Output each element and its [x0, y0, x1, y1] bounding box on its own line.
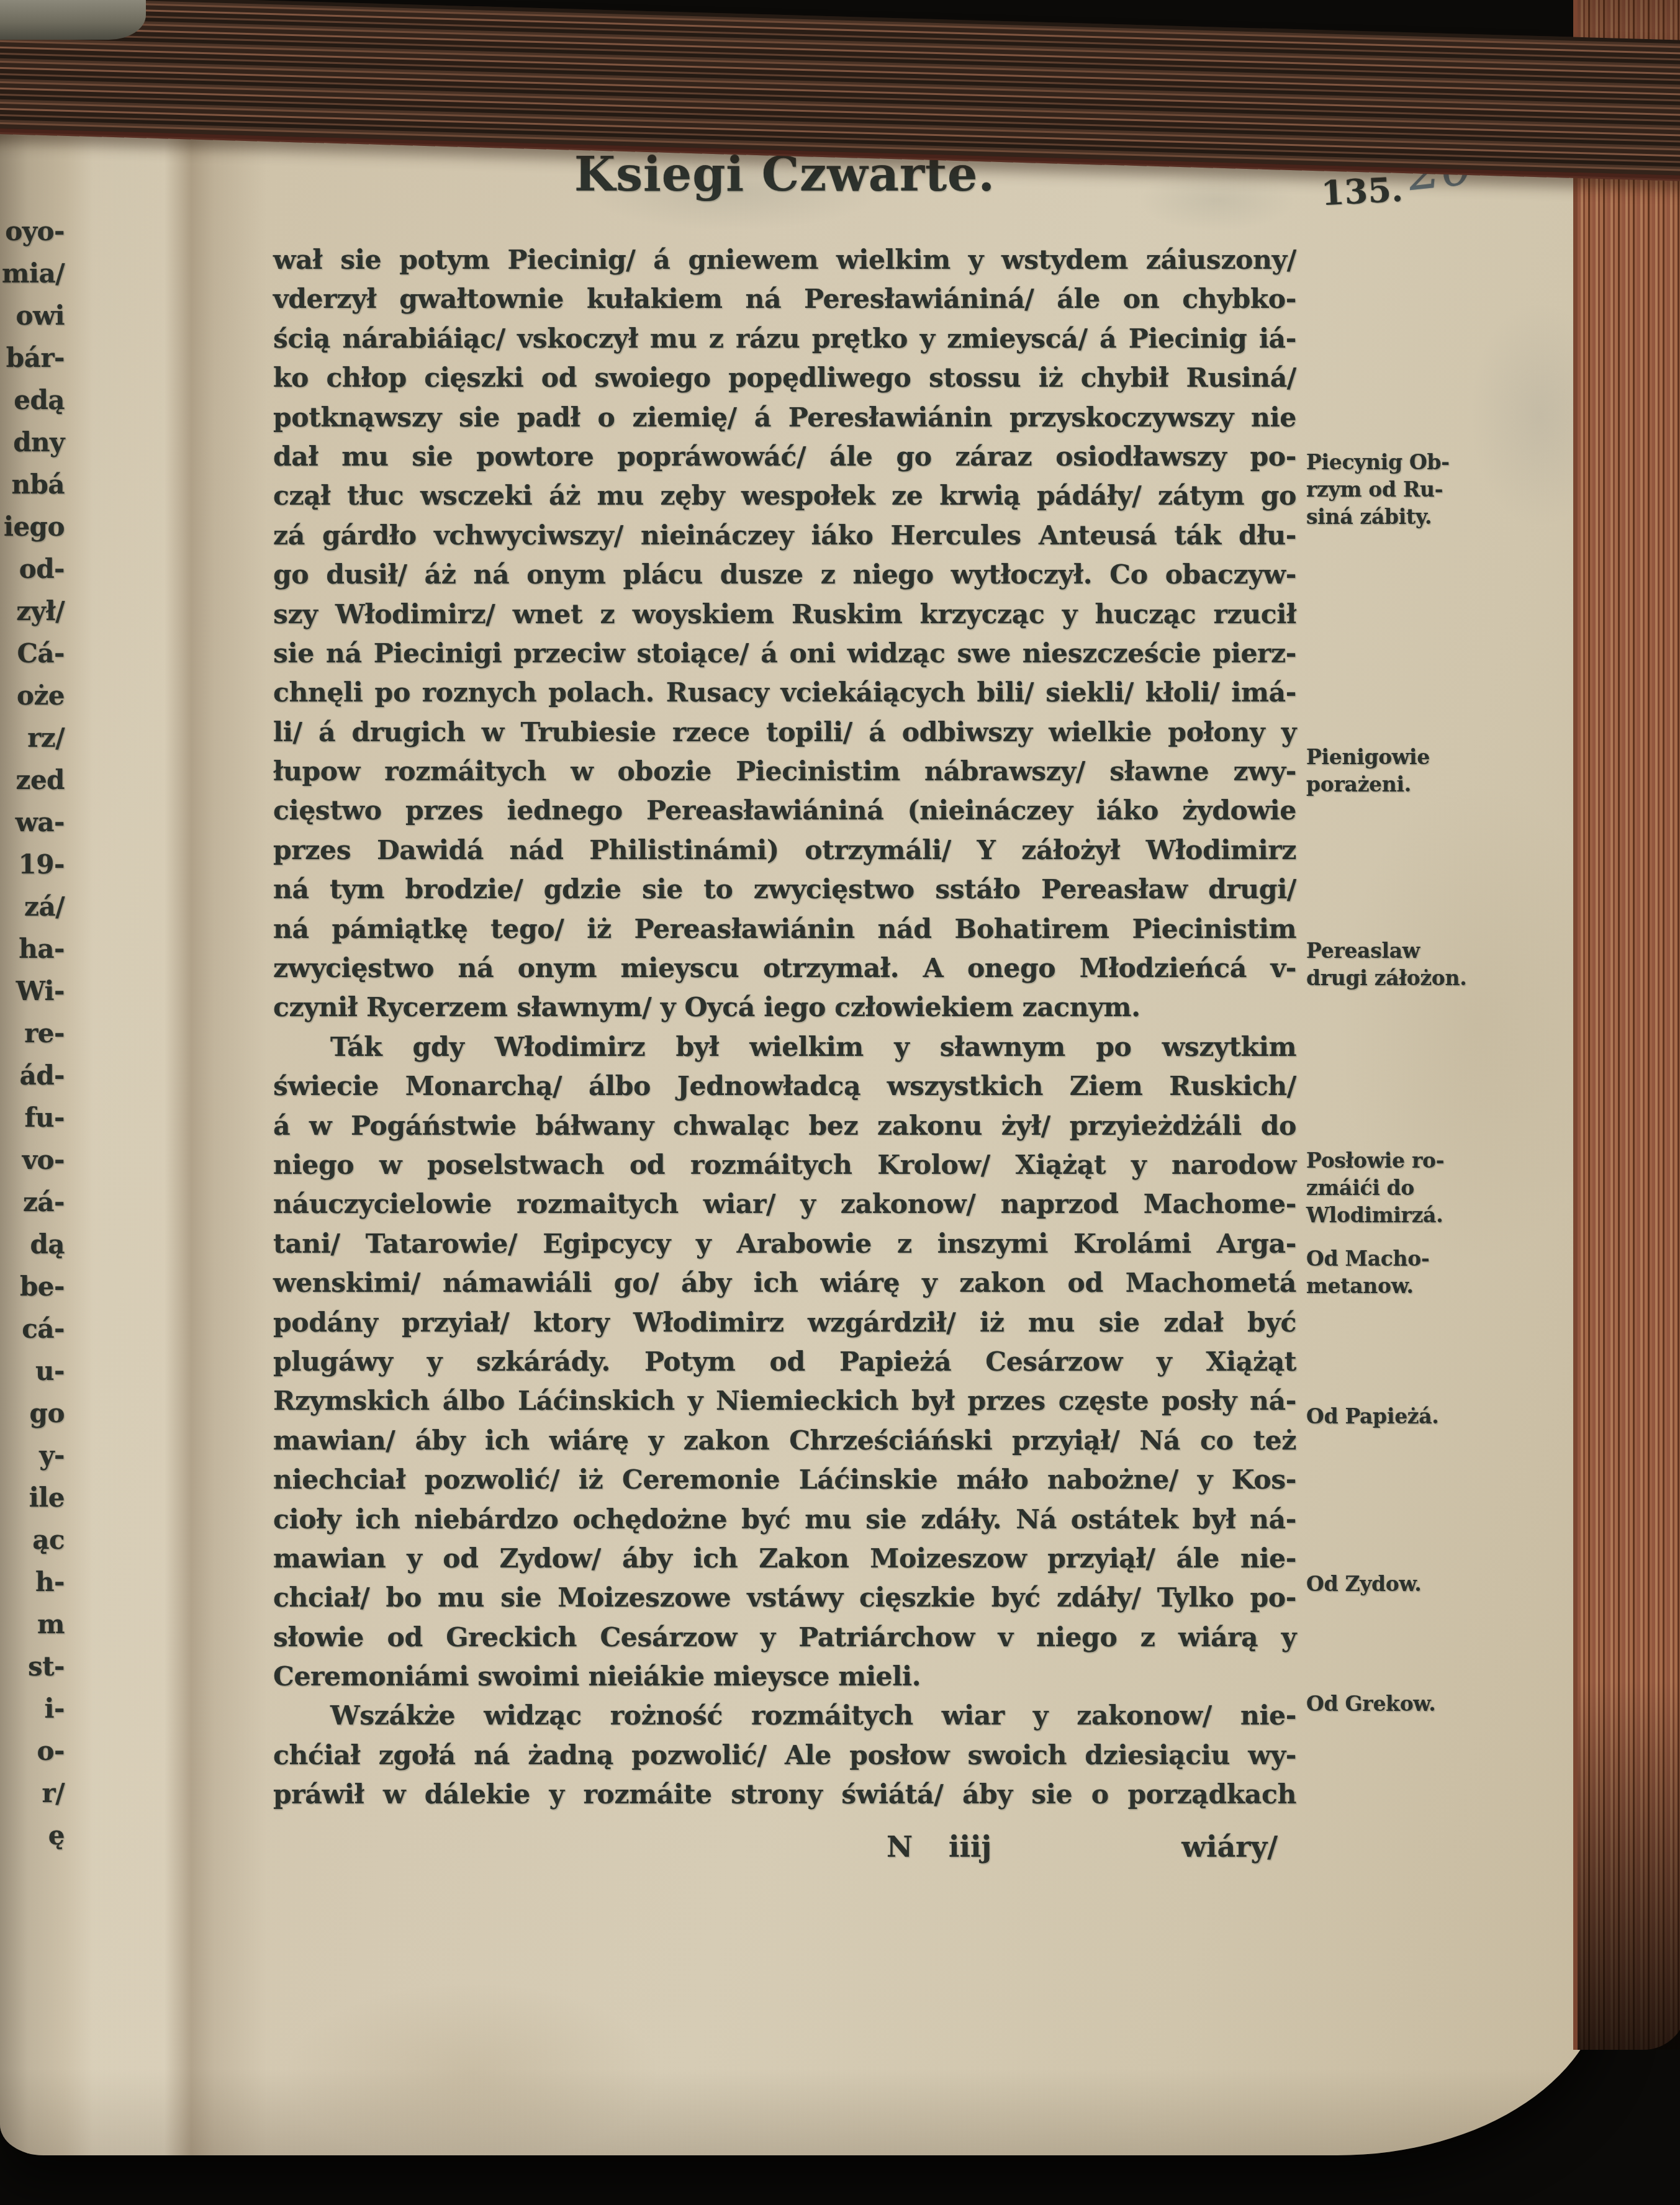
text-line: chćiał zgołá ná żadną pozwolić/ Ale posł…: [273, 1736, 1296, 1775]
edge-text-fragment: o-: [0, 1736, 65, 1766]
margin-note-line: Wlodimirzá.: [1306, 1202, 1530, 1229]
text-line: czął tłuc wsczeki áż mu zęby wespołek ze…: [273, 477, 1296, 516]
text-line: Ceremoniámi swoimi nieiákie mieysce miel…: [273, 1657, 1296, 1697]
margin-note: Od Grekow.: [1306, 1690, 1530, 1718]
text-line: zá gárdło vchwyciwszy/ nieináczey iáko H…: [273, 516, 1296, 556]
margin-note-line: zmáići do: [1306, 1175, 1530, 1202]
edge-text-fragment: re-: [0, 1018, 65, 1048]
edge-text-fragment: zed: [0, 765, 65, 795]
margin-note: Piecynig Ob-rzym od Ru-siná zábity.: [1306, 449, 1530, 531]
book-headband: [0, 0, 146, 40]
text-line: ko chłop cięszki od swoiego popędliwego …: [273, 359, 1296, 398]
text-line: dał mu sie powtore popráwowáć/ ále go zá…: [273, 438, 1296, 477]
edge-text-fragment: cá-: [0, 1314, 65, 1344]
edge-text-fragment: y-: [0, 1440, 65, 1471]
edge-text-fragment: ha-: [0, 934, 65, 964]
text-line: náuczycielowie rozmaitych wiar/ y zakono…: [273, 1185, 1296, 1224]
text-block: wał sie potym Piecinig/ á gniewem wielki…: [273, 241, 1296, 1815]
text-line: chnęli po roznych polach. Rusacy vciekái…: [273, 674, 1296, 713]
edge-text-fragment: od-: [0, 554, 65, 584]
margin-note: Posłowie ro-zmáići doWlodimirzá.: [1306, 1147, 1530, 1229]
margin-note-line: Piecynig Ob-: [1306, 449, 1530, 476]
text-line: czynił Rycerzem sławnym/ y Oycá iego czł…: [273, 988, 1296, 1027]
edge-text-fragment: vo-: [0, 1145, 65, 1175]
edge-text-fragment: 19-: [0, 849, 65, 880]
edge-text-fragment: ile: [0, 1482, 65, 1513]
margin-note-line: drugi záłożon.: [1306, 965, 1530, 992]
margin-note-line: rzym od Ru-: [1306, 476, 1530, 503]
margin-note: Pereaslawdrugi záłożon.: [1306, 937, 1530, 992]
edge-text-fragment: Cá-: [0, 638, 65, 669]
text-line: zwycięstwo ná onym mieyscu otrzymał. A o…: [273, 949, 1296, 988]
signature-mark: N iiij: [887, 1830, 991, 1864]
text-line: Wszákże widząc rożność rozmáitych wiar y…: [273, 1697, 1296, 1736]
margin-note: Od Papieżá.: [1306, 1403, 1530, 1430]
text-line: wał sie potym Piecinig/ á gniewem wielki…: [273, 241, 1296, 280]
margin-note-line: siná zábity.: [1306, 503, 1530, 531]
book-page: oyo-mia/owibár-edądnynbáiegood-zył/Cá-oż…: [0, 92, 1604, 2155]
text-line: niego w poselstwach od rozmáitych Krolow…: [273, 1146, 1296, 1185]
text-line: ná tym brodzie/ gdzie sie to zwycięstwo …: [273, 870, 1296, 909]
text-line: łupow rozmáitych w obozie Piecinistim ná…: [273, 752, 1296, 791]
edge-text-fragment: m: [0, 1609, 65, 1639]
text-line: go dusił/ áż ná onym plácu dusze z niego…: [273, 556, 1296, 595]
book-scan: oyo-mia/owibár-edądnynbáiegood-zył/Cá-oż…: [0, 0, 1680, 2205]
edge-text-fragment: zá-: [0, 1187, 65, 1217]
margin-note-line: porażeni.: [1306, 771, 1530, 798]
margin-note-line: metanow.: [1306, 1273, 1530, 1300]
text-line: vderzył gwałtownie kułakiem ná Peresławi…: [273, 280, 1296, 319]
text-line: sie ná Piecinigi przeciw stoiące/ á oni …: [273, 634, 1296, 674]
catchword: wiáry/: [1181, 1830, 1278, 1864]
margin-note-line: Od Papieżá.: [1306, 1403, 1530, 1430]
text-line: potknąwszy sie padł o ziemię/ á Peresław…: [273, 399, 1296, 438]
edge-text-fragment: be-: [0, 1271, 65, 1302]
margin-note: Pienigowieporażeni.: [1306, 744, 1530, 798]
text-line: Rzymskich álbo Láćinskich y Niemieckich …: [273, 1382, 1296, 1421]
margin-note: Od Macho-metanow.: [1306, 1245, 1530, 1300]
margin-note-line: Od Zydow.: [1306, 1571, 1530, 1598]
edge-text-fragment: mia/: [0, 258, 65, 289]
edge-text-fragment: rz/: [0, 723, 65, 753]
edge-text-fragment: iego: [0, 512, 65, 542]
signature-line: N iiij wiáry/: [273, 1830, 1296, 1874]
edge-text-fragment: ę: [0, 1820, 65, 1851]
text-line: niechciał pozwolić/ iż Ceremonie Láćinsk…: [273, 1461, 1296, 1500]
book-fore-edge: [1573, 0, 1680, 2050]
edge-text-fragment: ąc: [0, 1525, 65, 1555]
margin-note-line: Od Macho-: [1306, 1245, 1530, 1273]
edge-text-fragment: wa-: [0, 807, 65, 837]
facing-page-fragments: oyo-mia/owibár-edądnynbáiegood-zył/Cá-oż…: [0, 92, 87, 2155]
text-line: li/ á drugich w Trubiesie rzece topili/ …: [273, 713, 1296, 752]
text-line: ná pámiątkę tego/ iż Pereasławiánin nád …: [273, 910, 1296, 949]
edge-text-fragment: go: [0, 1398, 65, 1428]
margin-note: Od Zydow.: [1306, 1571, 1530, 1598]
margin-note-line: Od Grekow.: [1306, 1690, 1530, 1718]
edge-text-fragment: owi: [0, 300, 65, 331]
edge-text-fragment: dą: [0, 1229, 65, 1260]
text-line: cioły ich niebárdzo ochędożne być mu sie…: [273, 1500, 1296, 1540]
text-line: mawian/ áby ich wiárę y zakon Chrześciáń…: [273, 1422, 1296, 1461]
edge-text-fragment: bár-: [0, 343, 65, 373]
edge-text-fragment: oże: [0, 680, 65, 711]
margin-note-line: Pereaslaw: [1306, 937, 1530, 965]
text-line: mawian y od Zydow/ áby ich Zakon Moizesz…: [273, 1540, 1296, 1579]
edge-text-fragment: i-: [0, 1693, 65, 1724]
edge-text-fragment: oyo-: [0, 216, 65, 246]
edge-text-fragment: Wi-: [0, 976, 65, 1006]
edge-text-fragment: u-: [0, 1356, 65, 1386]
text-line: tani/ Tatarowie/ Egipcycy y Arabowie z i…: [273, 1225, 1296, 1264]
text-line: świecie Monarchą/ álbo Jednowładcą wszys…: [273, 1067, 1296, 1106]
text-line: Ták gdy Włodimirz był wielkim y sławnym …: [273, 1028, 1296, 1067]
edge-text-fragment: dny: [0, 427, 65, 458]
page-number: 135.: [1320, 169, 1404, 214]
edge-text-fragment: fu-: [0, 1102, 65, 1133]
text-line: wenskimi/ námawiáli go/ áby ich wiárę y …: [273, 1264, 1296, 1303]
edge-text-fragment: ád-: [0, 1060, 65, 1091]
edge-text-fragment: r/: [0, 1778, 65, 1808]
text-line: podány przyiał/ ktory Włodimirz wzgárdzi…: [273, 1304, 1296, 1343]
edge-text-fragment: zá/: [0, 891, 65, 922]
text-line: práwił w dálekie y rozmáite strony świát…: [273, 1775, 1296, 1815]
margin-note-line: Pienigowie: [1306, 744, 1530, 771]
text-line: ścią nárabiáiąc/ vskoczył mu z rázu pręt…: [273, 320, 1296, 359]
edge-text-fragment: nbá: [0, 469, 65, 500]
edge-text-fragment: h-: [0, 1567, 65, 1597]
text-line: chciał/ bo mu sie Moizeszowe vstáwy cięs…: [273, 1579, 1296, 1618]
text-line: cięstwo przes iednego Pereasławiániná (n…: [273, 791, 1296, 831]
margin-note-line: Posłowie ro-: [1306, 1147, 1530, 1175]
edge-text-fragment: edą: [0, 385, 65, 415]
edge-text-fragment: st-: [0, 1651, 65, 1682]
text-line: przes Dawidá nád Philistinámi) otrzymáli…: [273, 831, 1296, 870]
edge-text-fragment: zył/: [0, 596, 65, 626]
text-line: słowie od Greckich Cesárzow y Patriárcho…: [273, 1618, 1296, 1657]
text-line: szy Włodimirz/ wnet z woyskiem Ruskim kr…: [273, 595, 1296, 634]
text-line: plugáwy y szkárády. Potym od Papieżá Ces…: [273, 1343, 1296, 1382]
text-line: á w Pogáństwie báłwany chwaląc bez zakon…: [273, 1107, 1296, 1146]
